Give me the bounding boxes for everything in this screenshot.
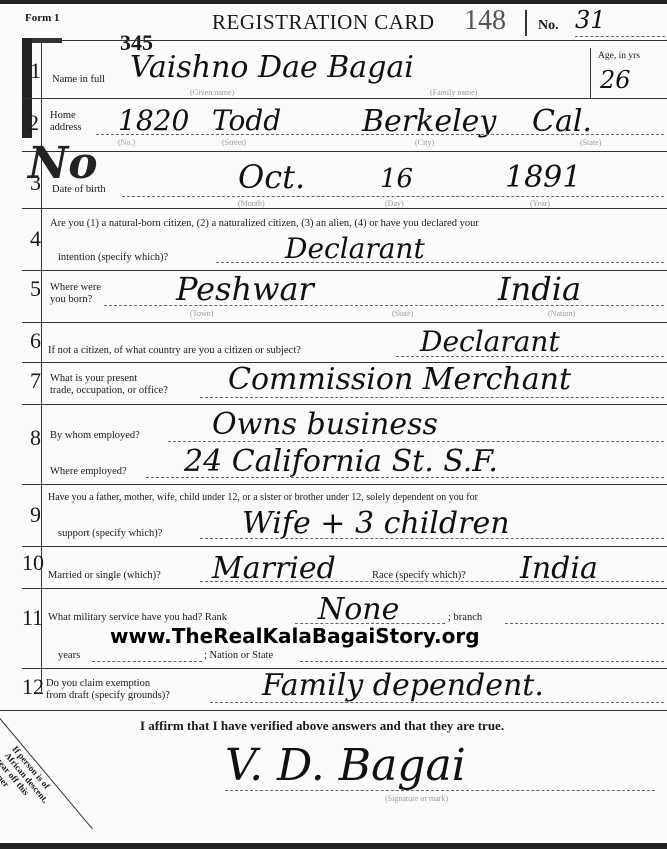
exemption-underline bbox=[210, 702, 664, 703]
citizenship-question-line2: intention (specify which)? bbox=[58, 252, 168, 264]
citizenship-value: Declarant bbox=[285, 232, 425, 265]
row-number: 3 bbox=[30, 170, 41, 196]
birth-town: Peshwar bbox=[176, 270, 314, 308]
form-label: Form 1 bbox=[25, 12, 60, 24]
military-service-label: What military service have you had? Rank bbox=[48, 612, 227, 624]
exemption-label-line2: from draft (specify grounds)? bbox=[46, 690, 170, 702]
name-label: Name in full bbox=[52, 74, 105, 86]
years-label: years bbox=[58, 650, 80, 662]
row-number: 7 bbox=[30, 368, 41, 394]
home-label-line1: Home bbox=[50, 110, 76, 122]
dependents-value: Wife + 3 children bbox=[242, 506, 510, 541]
employer-value: Owns business bbox=[212, 407, 438, 442]
occupation-label-line1: What is your present bbox=[50, 373, 137, 385]
citizen-country-underline bbox=[396, 356, 664, 357]
nation-state-label: ; Nation or State bbox=[204, 650, 273, 662]
row-number: 9 bbox=[30, 502, 41, 528]
no-label: No. bbox=[538, 18, 559, 34]
rank-value: None bbox=[318, 592, 399, 627]
years-underline bbox=[92, 661, 202, 662]
branch-underline bbox=[505, 623, 664, 624]
given-name-sublabel: (Given name) bbox=[190, 88, 234, 97]
address-underline bbox=[96, 134, 664, 135]
dob-underline bbox=[122, 196, 664, 197]
divider bbox=[62, 40, 667, 41]
marital-label: Married or single (which)? bbox=[48, 570, 161, 582]
town-sublabel: (Town) bbox=[190, 309, 213, 318]
top-border bbox=[0, 0, 667, 4]
employer-underline bbox=[168, 441, 664, 442]
birthplace-underline bbox=[104, 305, 664, 306]
age-label: Age, in yrs bbox=[598, 50, 640, 62]
divider bbox=[22, 322, 667, 323]
no-sublabel: (No.) bbox=[118, 138, 135, 147]
address-number: 1820 bbox=[118, 104, 189, 137]
home-label-line2: address bbox=[50, 122, 82, 134]
branch-label: ; branch bbox=[448, 612, 482, 624]
workplace-label: Where employed? bbox=[50, 466, 127, 478]
dependents-question-line1: Have you a father, mother, wife, child u… bbox=[48, 492, 478, 504]
divider bbox=[22, 588, 667, 589]
registration-card: Form 1 REGISTRATION CARD 148 No. 31 345 … bbox=[0, 0, 667, 849]
marital-underline bbox=[200, 581, 664, 582]
workplace-value: 24 California St. S.F. bbox=[184, 444, 498, 479]
year-sublabel: (Year) bbox=[530, 199, 550, 208]
state-sublabel: (State) bbox=[580, 138, 601, 147]
nation-state-underline bbox=[300, 661, 664, 662]
occupation-value: Commission Merchant bbox=[228, 362, 571, 397]
dob-year: 1891 bbox=[505, 160, 581, 195]
name-value: Vaishno Dae Bagai bbox=[130, 50, 414, 85]
dependents-question-line2: support (specify which)? bbox=[58, 528, 162, 540]
birthplace-label-line2: you born? bbox=[50, 294, 92, 306]
citizenship-underline bbox=[216, 262, 664, 263]
citizenship-question-line1: Are you (1) a natural-born citizen, (2) … bbox=[50, 218, 479, 230]
row-number: 10 bbox=[22, 550, 44, 576]
exemption-label-line1: Do you claim exemption bbox=[46, 678, 150, 690]
divider bbox=[22, 208, 667, 209]
card-title: REGISTRATION CARD bbox=[212, 10, 435, 35]
dependents-underline bbox=[200, 538, 664, 539]
no-underline bbox=[575, 36, 665, 37]
citizen-country-question: If not a citizen, of what country are yo… bbox=[48, 345, 301, 357]
age-value: 26 bbox=[600, 66, 631, 94]
stamp-divider bbox=[525, 10, 527, 36]
row-number: 12 bbox=[22, 674, 44, 700]
occupation-label-line2: trade, occupation, or office? bbox=[50, 385, 168, 397]
row-number: 11 bbox=[22, 605, 43, 631]
nation-sublabel: (Nation) bbox=[548, 309, 575, 318]
street-sublabel: (Street) bbox=[222, 138, 246, 147]
row-number: 6 bbox=[30, 328, 41, 354]
signature-sublabel: (Signature or mark) bbox=[385, 794, 448, 803]
row-number: 1 bbox=[30, 58, 41, 84]
card-number: 31 bbox=[575, 6, 606, 34]
address-street: Todd bbox=[212, 104, 281, 137]
birth-nation: India bbox=[498, 270, 581, 308]
bottom-border bbox=[0, 843, 667, 849]
website-watermark: www.TheRealKalaBagaiStory.org bbox=[110, 624, 480, 648]
dob-month: Oct. bbox=[238, 158, 305, 196]
month-sublabel: (Month) bbox=[238, 199, 265, 208]
birthplace-label-line1: Where were bbox=[50, 282, 101, 294]
divider bbox=[0, 710, 667, 711]
city-sublabel: (City) bbox=[415, 138, 434, 147]
exemption-value: Family dependent. bbox=[262, 668, 544, 703]
divider bbox=[22, 546, 667, 547]
workplace-underline bbox=[146, 477, 664, 478]
row-number: 5 bbox=[30, 276, 41, 302]
divider bbox=[22, 484, 667, 485]
family-name-sublabel: (Family name) bbox=[430, 88, 477, 97]
row-number: 8 bbox=[30, 425, 41, 451]
divider bbox=[22, 98, 667, 99]
row-number: 4 bbox=[30, 226, 41, 252]
divider bbox=[22, 404, 667, 405]
state-sublabel: (State) bbox=[392, 309, 413, 318]
employer-label: By whom employed? bbox=[50, 430, 140, 442]
row-number: 2 bbox=[28, 110, 39, 136]
dob-label: Date of birth bbox=[52, 184, 106, 196]
age-divider bbox=[590, 48, 591, 98]
dob-day: 16 bbox=[380, 164, 413, 194]
stamp-number: 148 bbox=[464, 5, 506, 37]
citizen-country-value: Declarant bbox=[420, 325, 560, 358]
day-sublabel: (Day) bbox=[385, 199, 404, 208]
signature-line bbox=[225, 790, 655, 791]
divider bbox=[22, 151, 667, 152]
signature: V. D. Bagai bbox=[225, 740, 466, 791]
affirmation-text: I affirm that I have verified above answ… bbox=[140, 718, 504, 734]
occupation-underline bbox=[200, 397, 664, 398]
